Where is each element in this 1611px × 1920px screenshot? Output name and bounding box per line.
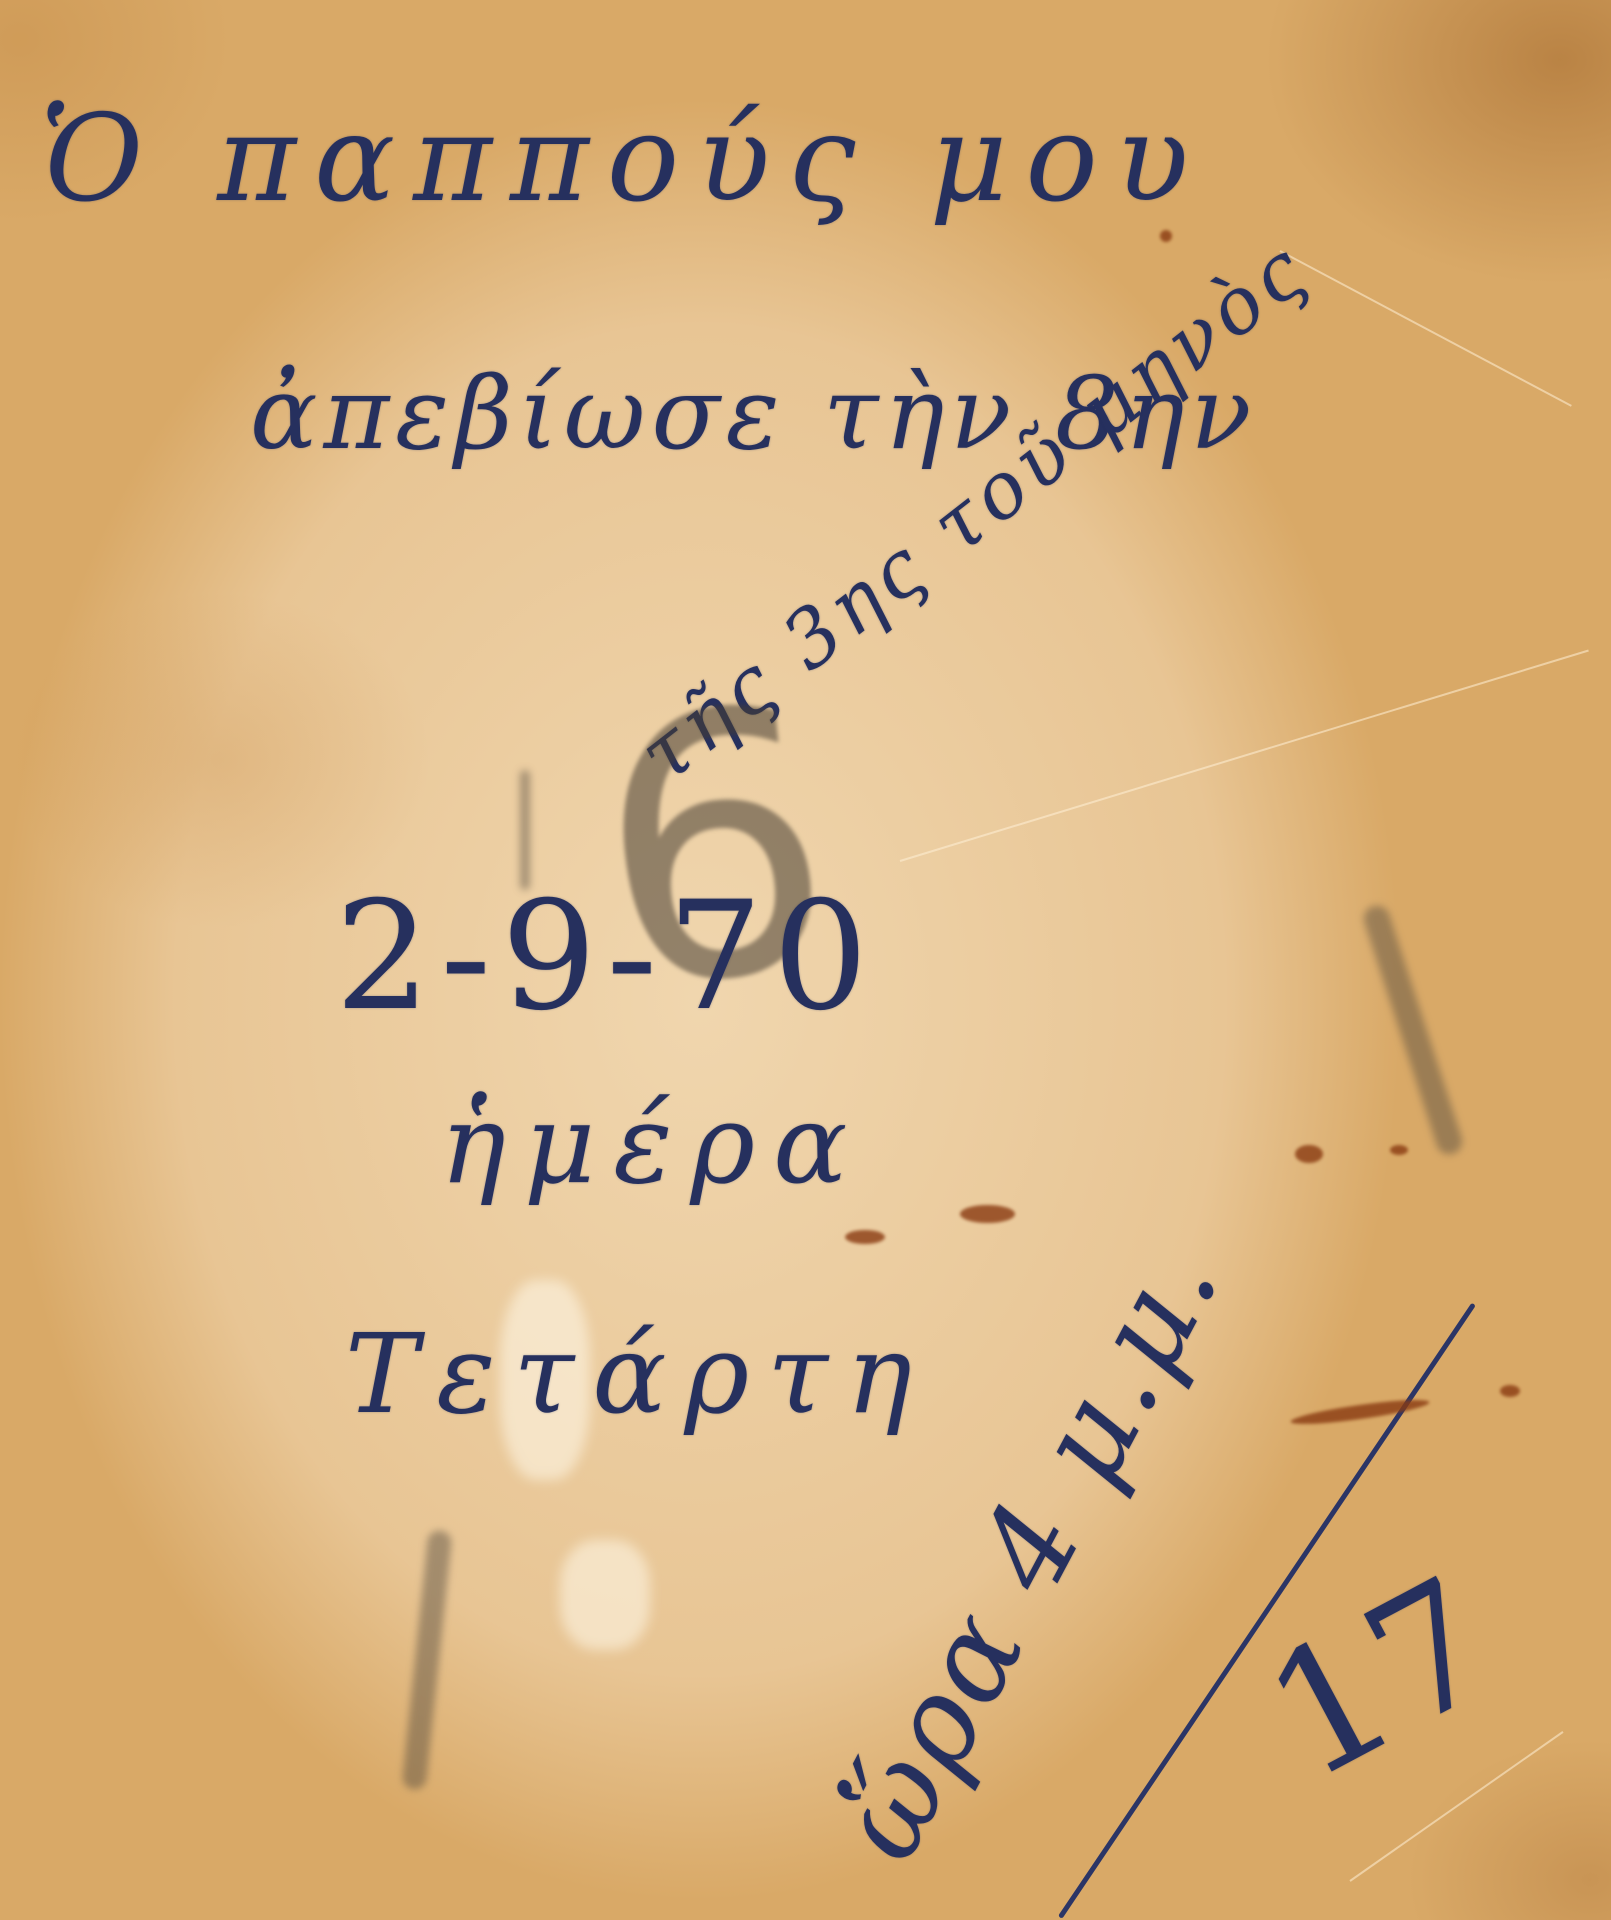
paper-crease xyxy=(1280,250,1572,407)
rust-stain xyxy=(845,1230,885,1244)
handwriting-weekday-word: ἡμέρα xyxy=(440,1080,865,1208)
rust-stain xyxy=(1160,230,1172,242)
rust-stain xyxy=(1390,1145,1408,1155)
rust-stain xyxy=(960,1205,1015,1223)
handwriting-date: 2-9-70 xyxy=(335,870,878,1044)
photo-card-back: Ὁ παππούς μου ἀπεβίωσε τὴν 8ην τῆς 3ης τ… xyxy=(0,0,1611,1920)
handwriting-weekday: Τετάρτη xyxy=(345,1310,930,1438)
paper-wear-spot xyxy=(560,1540,650,1650)
rust-stain xyxy=(1500,1385,1520,1397)
rust-stain xyxy=(1290,1395,1431,1428)
pencil-stroke-right xyxy=(1360,902,1465,1157)
rust-stain xyxy=(1295,1145,1323,1163)
handwriting-line-1: Ὁ παππούς μου xyxy=(40,90,1207,229)
pencil-stroke-left xyxy=(401,1529,452,1790)
handwriting-number: 17 xyxy=(1237,1539,1528,1819)
paper-crease xyxy=(900,650,1589,862)
